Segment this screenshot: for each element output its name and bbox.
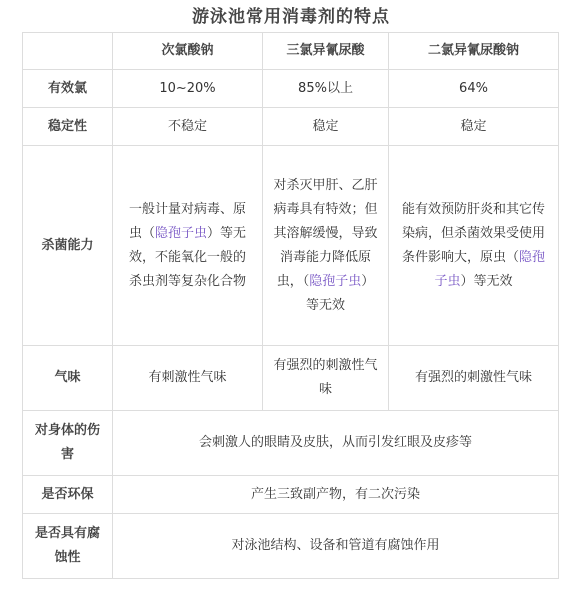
row-label-available-chlorine: 有效氯 [23, 70, 113, 108]
row-label-stability: 稳定性 [23, 108, 113, 146]
cell-value: 对杀灭甲肝、乙肝病毒具有特效；但其溶解缓慢，导致消毒能力降低原虫，（隐孢子虫）等… [263, 146, 389, 346]
cell-value-merged: 对泳池结构、设备和管道有腐蚀作用 [113, 514, 559, 579]
table-row-body-harm: 对身体的伤害 会刺激人的眼睛及皮肤，从而引发红眼及皮疹等 [23, 411, 559, 476]
cell-text: ）等无效 [461, 274, 513, 289]
cell-value: 不稳定 [113, 108, 263, 146]
row-label-eco-friendly: 是否环保 [23, 476, 113, 514]
row-label-bactericidal: 杀菌能力 [23, 146, 113, 346]
cell-value: 10~20% [113, 70, 263, 108]
header-corner-cell [23, 33, 113, 70]
table-row-corrosive: 是否具有腐蚀性 对泳池结构、设备和管道有腐蚀作用 [23, 514, 559, 579]
table-header-row: 次氯酸钠 三氯异氰尿酸 二氯异氰尿酸钠 [23, 33, 559, 70]
cryptosporidium-link[interactable]: 隐孢子虫 [309, 274, 361, 289]
row-label-odor: 气味 [23, 346, 113, 411]
cell-text: 对杀灭甲肝、乙肝病毒具有特效；但其溶解缓慢，导致消毒能力降低原虫，（ [273, 178, 377, 289]
cell-value: 能有效预防肝炎和其它传染病，但杀菌效果受使用条件影响大，原虫（隐孢子虫）等无效 [389, 146, 559, 346]
header-trichloroisocyanuric-acid: 三氯异氰尿酸 [263, 33, 389, 70]
cell-value-merged: 产生三致副产物，有二次污染 [113, 476, 559, 514]
table-row-bactericidal: 杀菌能力 一般计量对病毒、原虫（隐孢子虫）等无效，不能氧化一般的杀虫剂等复杂化合… [23, 146, 559, 346]
cell-value: 有刺激性气味 [113, 346, 263, 411]
table-row-eco-friendly: 是否环保 产生三致副产物，有二次污染 [23, 476, 559, 514]
disinfectant-comparison-table: 次氯酸钠 三氯异氰尿酸 二氯异氰尿酸钠 有效氯 10~20% 85%以上 64%… [22, 32, 559, 579]
table-row-stability: 稳定性 不稳定 稳定 稳定 [23, 108, 559, 146]
header-sodium-hypochlorite: 次氯酸钠 [113, 33, 263, 70]
cell-value: 有强烈的刺激性气味 [263, 346, 389, 411]
header-sodium-dichloroisocyanurate: 二氯异氰尿酸钠 [389, 33, 559, 70]
cell-value: 稳定 [263, 108, 389, 146]
cell-value: 64% [389, 70, 559, 108]
cryptosporidium-link[interactable]: 隐孢子虫 [155, 226, 207, 241]
page-title: 游泳池常用消毒剂的特点 [0, 5, 569, 29]
row-label-body-harm: 对身体的伤害 [23, 411, 113, 476]
cell-value: 稳定 [389, 108, 559, 146]
cell-value: 85%以上 [263, 70, 389, 108]
table-row-available-chlorine: 有效氯 10~20% 85%以上 64% [23, 70, 559, 108]
cell-value-merged: 会刺激人的眼睛及皮肤，从而引发红眼及皮疹等 [113, 411, 559, 476]
cell-value: 有强烈的刺激性气味 [389, 346, 559, 411]
cell-value: 一般计量对病毒、原虫（隐孢子虫）等无效，不能氧化一般的杀虫剂等复杂化合物 [113, 146, 263, 346]
row-label-corrosive: 是否具有腐蚀性 [23, 514, 113, 579]
table-row-odor: 气味 有刺激性气味 有强烈的刺激性气味 有强烈的刺激性气味 [23, 346, 559, 411]
